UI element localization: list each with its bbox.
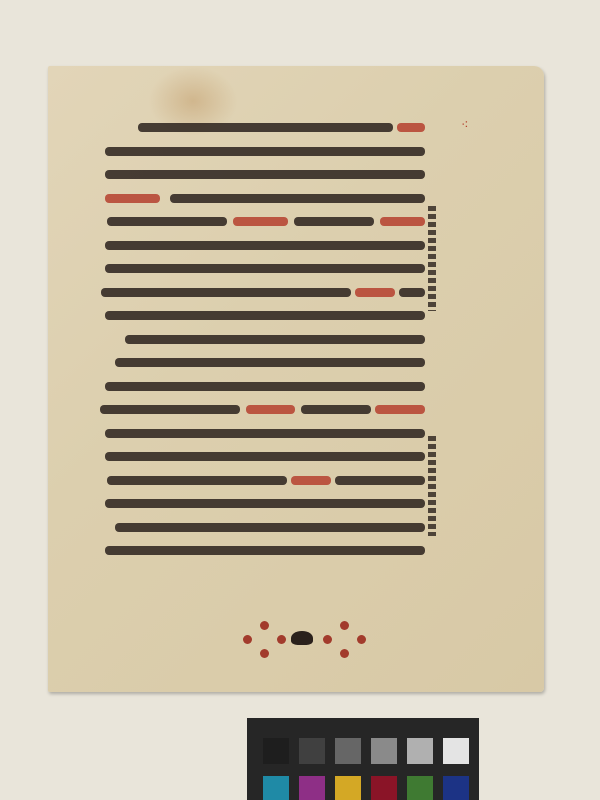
text-block <box>100 116 425 563</box>
manuscript-leaf: ⁖ <box>48 66 544 692</box>
margin-note-2 <box>428 436 436 536</box>
color-calibration-chart <box>247 718 479 800</box>
margin-note-1 <box>428 206 436 311</box>
ornament <box>233 611 383 666</box>
margin-mark: ⁖ <box>461 118 469 133</box>
